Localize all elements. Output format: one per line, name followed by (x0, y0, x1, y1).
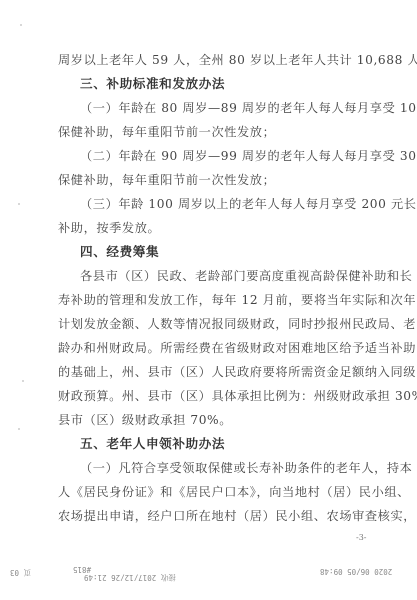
page-number: -3- (356, 533, 367, 542)
text-line: 财政预算。州、县市（区）具体承担比例为：州级财政承担 30%， (58, 388, 417, 404)
text-line: （一）凡符合享受领取保健或长寿补助条件的老年人，持本 (80, 460, 412, 476)
text-line: 寿补助的管理和发放工作，每年 12 月前，要将当年实际和次年 (58, 292, 416, 308)
text-line: 人《居民身份证》和《居民户口本》，向当地村（居）民小组、 (58, 484, 410, 500)
fax-received-time: 接收 2017/12/26 21:49 (84, 572, 176, 583)
scan-speck (22, 380, 24, 382)
text-line: （一）年龄在 80 周岁—89 周岁的老年人每人每月享受 10 元 (80, 100, 417, 116)
text-line: 保健补助，每年重阳节前一次性发放； (58, 172, 275, 188)
text-line: 龄办和州财政局。所需经费在省级财政对困难地区给予适当补助 (58, 340, 416, 356)
text-line: 县市（区）级财政承担 70%。 (58, 412, 232, 428)
text-line: 农场提出申请，经户口所在地村（居）民小组、农场审查核实， (58, 508, 416, 524)
section-heading-3: 三、补助标准和发放办法 (80, 76, 225, 92)
text-line: 的基础上，州、县市（区）人民政府要将所需资金足额纳入同级 (58, 364, 416, 380)
text-line: 补助，按季发放。 (58, 220, 160, 236)
text-line: （三）年龄 100 周岁以上的老年人每人每月享受 200 元长寿 (80, 196, 417, 212)
text-line: 计划发放金额、人数等情况报同级财政，同时抄报州民政局、老 (58, 316, 416, 332)
scan-speck (405, 110, 407, 112)
text-line: 各县市（区）民政、老龄部门要高度重视高龄保健补助和长 (80, 268, 412, 284)
text-line: 保健补助，每年重阳节前一次性发放； (58, 124, 275, 140)
document-page: 周岁以上老年人 59 人，全州 80 岁以上老年人共计 10,688 人。 三、… (0, 0, 417, 600)
section-heading-5: 五、老年人申领补助办法 (80, 436, 225, 452)
scan-speck (20, 24, 22, 26)
fax-page: 页 03 (10, 567, 31, 578)
fax-sent-time: 2020 06/05 09:48 (320, 567, 392, 576)
section-heading-4: 四、经费筹集 (80, 244, 159, 260)
text-line: 周岁以上老年人 59 人，全州 80 岁以上老年人共计 10,688 人。 (58, 52, 417, 68)
text-line: （二）年龄在 90 周岁—99 周岁的老年人每人每月享受 30 元 (80, 148, 417, 164)
scan-speck (18, 428, 20, 430)
scan-speck (18, 203, 20, 205)
